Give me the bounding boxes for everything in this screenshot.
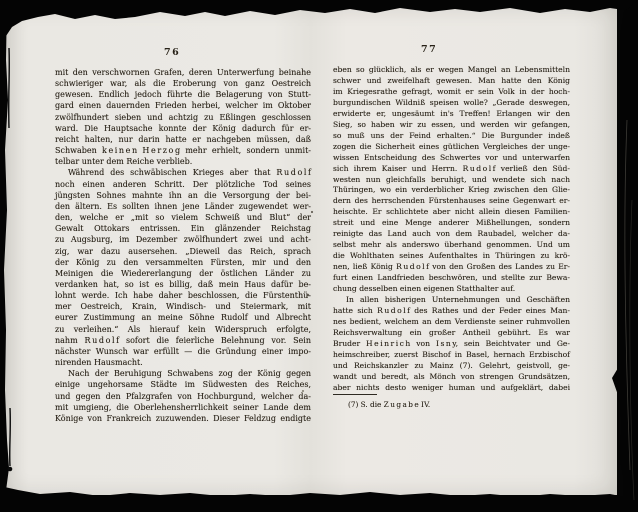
text-line: dern des herrschenden Fürstenhauses sein… (333, 196, 570, 207)
text-line: Nach der Beruhigung Schwabens zog der Kö… (55, 368, 311, 379)
text-line: mit umgieng, die Oberlehensherrlichkeit … (55, 402, 311, 413)
page-76-text: mit den verschwornen Grafen, deren Unter… (55, 67, 311, 424)
text-line: zu verleihen.“ Als hierauf kein Widerspr… (55, 324, 311, 335)
text-line: reicht halten, nur darin hatte er nachge… (55, 134, 311, 145)
footnote-rule (333, 394, 377, 395)
text-line: hatte sich R u d o l f des Rathes und de… (333, 306, 570, 317)
text-line: Schwaben k e i n e n H e r z o g mehr er… (55, 145, 311, 156)
text-line: zu Augsburg, im Dezember zwölfhundert zw… (55, 234, 311, 245)
text-line: wandt und beredt, als Mönch von strengen… (333, 372, 570, 383)
text-line: so muß uns der Feind erhalten.“ Die Burg… (333, 131, 570, 142)
text-line: zig, war dazu ausersehen. „Dieweil das R… (55, 246, 311, 257)
text-line: sich ihrem Kaiser und Herrn. R u d o l f… (333, 164, 570, 175)
text-line: wissen Entscheidung des Schwertes vor un… (333, 153, 570, 164)
text-line: nahm R u d o l f sofort die feierliche B… (55, 335, 311, 346)
page-edge-highlight (630, 200, 634, 500)
text-line: Sieg, so haben wir zu essen, und werden … (333, 120, 570, 131)
text-line: aber nichts desto weniger human und aufg… (333, 383, 570, 394)
text-line: selbst mehr als anderswo überhand genomm… (333, 240, 570, 251)
text-line: Könige von Frankreich zuzuwenden. Dieser… (55, 413, 311, 424)
text-line: telbar unter dem Reiche verblieb. (55, 156, 311, 167)
text-line: heischte. Er schlichtete aber nicht alle… (333, 207, 570, 218)
text-line: gard einen dauernden Frieden herbei, wel… (55, 100, 311, 111)
text-line: und gegen den Pfalzgrafen von Hochburgun… (55, 391, 311, 402)
text-line: nächster Wunsch war erfüllt — die Gründu… (55, 346, 311, 357)
text-line: zogen die Sicherheit eines gütlichen Ver… (333, 142, 570, 153)
page-77-text: eben so glücklich, als er wegen Mangel a… (333, 65, 570, 394)
text-line: Meinigen die Wiedererlangung der östlich… (55, 268, 311, 279)
text-line: der König zu den versammelten Fürsten, m… (55, 257, 311, 268)
text-line: Thüringen, wo ein verderblicher Krieg zw… (333, 185, 570, 196)
text-line: die Wohlthaten seines Aufenthaltes in Th… (333, 251, 570, 262)
text-line: chung desselben einen eigenen Statthalte… (333, 284, 570, 295)
page-number-right: 77 (421, 44, 437, 55)
text-line: jüngsten Sohnes mahnte ihn an die Versor… (55, 190, 311, 201)
text-line: nirenden Hausmacht. (55, 357, 311, 368)
text-line: burgundischen Wildniß speisen wolle? „Ge… (333, 98, 570, 109)
text-line: heimschreiber, zuerst Bischof in Basel, … (333, 350, 570, 361)
text-line: den, welche er „mit so vielem Schweiß un… (55, 212, 311, 223)
text-line: im Kriegesrathe gefragt, womit er sein V… (333, 87, 570, 98)
text-line: Reichsverwaltung ein großer Antheil gebü… (333, 328, 570, 339)
text-line: In allen bisherigen Unternehmungen und G… (333, 295, 570, 306)
text-line: eurer Zustimmung an meine Söhne Rudolf u… (55, 312, 311, 323)
text-line: mer Oestreich, Krain, Windisch- und Stei… (55, 301, 311, 312)
scanned-book-spread: 76 mit den verschwornen Grafen, deren Un… (0, 0, 638, 512)
text-line: streit und eine Menge anderer Mißhellung… (333, 218, 570, 229)
text-line: reinigte das Land auch von dem Raubadel,… (333, 229, 570, 240)
text-line: einige ungehorsame Städte im Südwesten d… (55, 379, 311, 390)
text-line: westen nun gleichfalls beruhigt, und wen… (333, 175, 570, 186)
text-line: Während des schwäbischen Krieges aber th… (55, 167, 311, 178)
text-line: Gewalt Ottokars entrissen. Ein glänzende… (55, 223, 311, 234)
text-line: schwer und zweifelhaft gewesen. Man hatt… (333, 76, 570, 87)
text-line: zwölfhundert sieben und achtzig zu Eßlin… (55, 112, 311, 123)
text-line: schwieriger war, als die Eroberung von g… (55, 78, 311, 89)
text-line: und Reichskanzler zu Mainz (7). Gelehrt,… (333, 361, 570, 372)
text-line: Bruder H e i n r i c h von I s n y, sein… (333, 339, 570, 350)
text-line: furt einen Landfrieden beschwören, und s… (333, 273, 570, 284)
text-line: verdanken hat, so ist es billig, daß mei… (55, 279, 311, 290)
text-line: nen, ließ König R u d o l f von den Groß… (333, 262, 570, 273)
text-line: gewesen. Endlich jedoch führte die Belag… (55, 89, 311, 100)
text-line: ward. Die Hauptsache konnte der König da… (55, 123, 311, 134)
text-line: erwiderte er, ungesäumt in's Treffen! Er… (333, 109, 570, 120)
text-line: lohnt werde. Ich habe daher beschlossen,… (55, 290, 311, 301)
text-line: eben so glücklich, als er wegen Mangel a… (333, 65, 570, 76)
page-number-left: 76 (164, 47, 180, 58)
text-line: noch einen anderen Schritt. Der plötzlic… (55, 179, 311, 190)
text-line: mit den verschwornen Grafen, deren Unter… (55, 67, 311, 78)
text-line: den ältern. Es sollten ihnen jene Länder… (55, 201, 311, 212)
page-edge-highlight (625, 120, 630, 470)
text-line: nes bedient, welchem an dem Verdienste s… (333, 317, 570, 328)
footnote-text: (7) S. die Z u g a b e IV. (348, 400, 430, 409)
